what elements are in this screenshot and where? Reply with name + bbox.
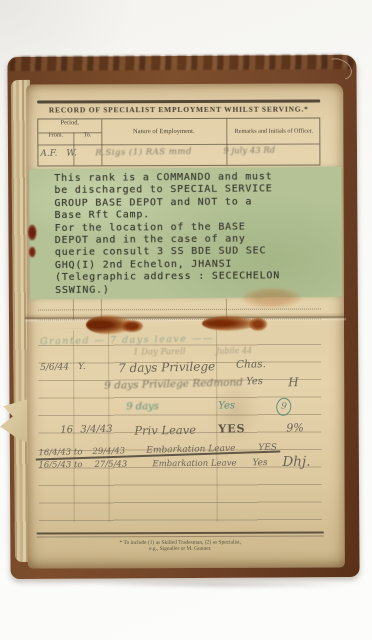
column-header-period: Period. [38,119,101,132]
row-nature: 9 days Privilege Redmond [104,376,243,391]
rust-stain [243,288,301,308]
row-remarks: Yes [218,400,235,411]
scanned-photo-scene: RECORD OF SPECIALIST EMPLOYMENT WHILST S… [0,0,372,640]
row-remarks: YES [218,422,245,435]
row-remarks: Jubile 44 [216,346,252,355]
row-mark: 9 [276,398,291,416]
row-nature: 7 days Privilege [118,359,215,375]
stamp-line: GROUP BASE DEPOT and NOT to a [54,196,279,210]
row-nature: Embarkation Leave [146,444,235,456]
commando-discharge-stamp: This rank is a COMMANDO and must be disc… [29,167,342,299]
row-to: 29/4/43 [92,446,125,457]
row-from: 5/6/44 [40,362,69,373]
binding-glue-spot [28,225,37,241]
row-remarks: Yes [252,458,267,468]
stamp-typed-text: This rank is a COMMANDO and must be disc… [54,171,280,297]
row-from: 16 [60,425,73,436]
row-nature: Priv Leave [134,423,196,438]
column-header-remarks: Remarks and Initials of Officer. [226,119,321,144]
column-header-from: From. [38,132,73,144]
row-to: 3/4/43 [80,424,112,435]
page-footnote: * To include (1) as Skilled Tradesman, (… [84,539,276,552]
entry-remarks: 9 july 43 Rd [223,146,275,157]
stamp-line: (Telegraphic address : SECECHELON [55,271,280,285]
book-drop-shadow [95,580,345,589]
table-bottom-rule [37,532,324,535]
stamp-line: querie consult 3 SS BDE SUD SEC [55,246,280,260]
cover-frayed-edge [9,54,354,71]
row-mark: H [288,375,299,389]
row-from: 16/4/43 to [38,447,82,458]
row-from: 16/5/43 to [38,460,82,470]
row-mark: Dhj. [282,454,310,470]
row-nature: 1 Day Parell [133,347,186,358]
entry-to: W. [66,148,77,158]
footnote-line: e.g., Signaller or M. Gunner. [84,545,276,552]
column-header-to: To. [73,132,101,144]
open-page: RECORD OF SPECIALIST EMPLOYMENT WHILST S… [26,83,345,568]
table-bottom-rule [37,536,324,538]
row-to: Y. [78,362,86,372]
row-remarks: Chas. [236,358,266,371]
page-fold-crease [25,312,346,322]
row-remarks: Yes [246,376,263,387]
column-header-nature: Nature of Employment. [101,119,226,144]
row-remarks: YES [258,443,277,453]
entry-nature: R.Sigs (1) RAS mmd [95,147,192,158]
row-mark: 9% [286,421,304,434]
circled-number: 9 [275,397,292,417]
page-title: RECORD OF SPECIALIST EMPLOYMENT WHILST S… [37,105,320,115]
top-double-rule [37,100,320,103]
row-nature: 9 days [126,401,159,412]
row-to: 27/5/43 [94,460,127,470]
row-scrawl: Granted — 7 days leave —— [40,333,214,347]
entry-from: A.F. [40,149,57,159]
row-nature: Embarkation Leave [152,458,236,469]
binding-glue-spot [29,247,36,258]
handwritten-row: 16/5/43 to 27/5/43 Embarkation Leave Yes… [38,458,321,477]
